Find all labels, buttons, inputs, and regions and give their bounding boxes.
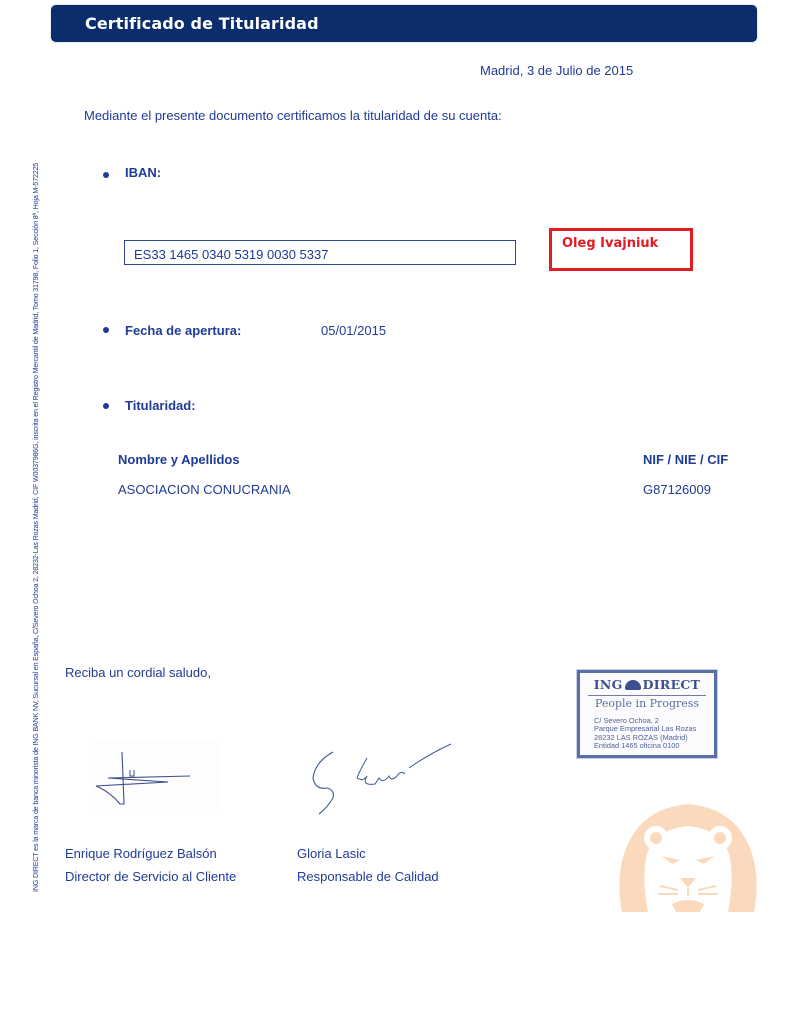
signature-icon [90, 740, 220, 810]
ownership-label: Titularidad: [125, 398, 196, 413]
intro-text: Mediante el presente documento certifica… [84, 108, 502, 123]
signatory-role: Responsable de Calidad [297, 869, 439, 884]
iban-field: ES33 1465 0340 5319 0030 5337 [124, 240, 516, 265]
holder-name: ASOCIACION CONUCRANIA [118, 482, 291, 497]
bullet-icon [103, 403, 109, 409]
document-title: Certificado de Titularidad [85, 14, 319, 33]
signatory-name: Gloria Lasic [297, 846, 366, 861]
column-header-nif: NIF / NIE / CIF [643, 452, 728, 467]
iban-value: ES33 1465 0340 5319 0030 5337 [134, 247, 328, 262]
greeting: Reciba un cordial saludo, [65, 665, 211, 680]
date-line: Madrid, 3 de Julio de 2015 [480, 63, 633, 78]
bullet-icon [103, 327, 109, 333]
signatory-role: Director de Servicio al Cliente [65, 869, 236, 884]
column-header-name: Nombre y Apellidos [118, 452, 240, 467]
holder-id: G87126009 [643, 482, 711, 497]
iban-label: IBAN: [125, 165, 161, 180]
opening-date-value: 05/01/2015 [321, 323, 386, 338]
stamp-brand-left: ING [594, 677, 623, 692]
signature-icon [305, 738, 455, 818]
stamp-address: C/ Severo Ochoa, 2 Parque Empresarial La… [594, 717, 696, 751]
annotation-box: Oleg Ivajniuk [549, 228, 693, 271]
stamp-brand: INGDIRECT [580, 677, 714, 692]
opening-date-label: Fecha de apertura: [125, 323, 241, 338]
lion-watermark-icon [612, 800, 764, 912]
side-legal-text: ING DIRECT es la marca de banca minorist… [32, 22, 40, 892]
signatory-name: Enrique Rodríguez Balsón [65, 846, 217, 861]
annotation-name: Oleg Ivajniuk [562, 236, 658, 251]
bullet-icon [103, 172, 109, 178]
stamp-divider [588, 695, 706, 696]
header-bar: Certificado de Titularidad [51, 5, 757, 42]
lion-icon [625, 680, 641, 690]
bank-stamp: INGDIRECT People in Progress C/ Severo O… [577, 670, 717, 758]
stamp-address-line: Entidad 1465 oficina 0100 [594, 742, 696, 750]
stamp-brand-right: DIRECT [643, 677, 701, 692]
stamp-slogan: People in Progress [580, 697, 714, 710]
